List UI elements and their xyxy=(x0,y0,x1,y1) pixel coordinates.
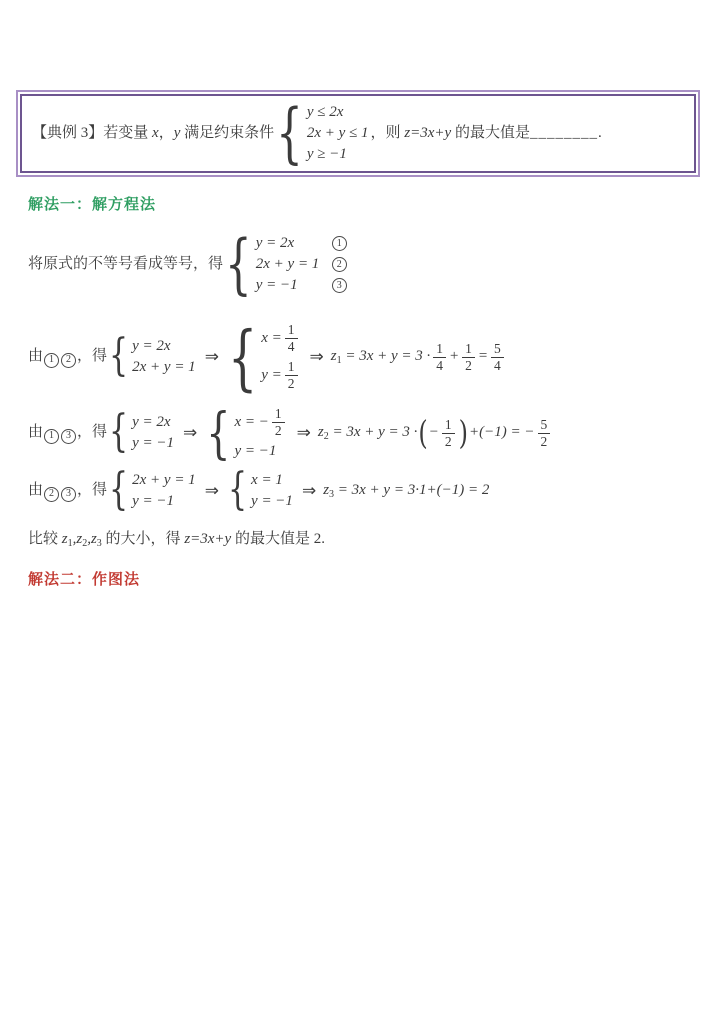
var-x: x xyxy=(152,125,159,141)
document-page: 【典例 3】若变量 x，y 满足约束条件{y ≤ 2x2x + y ≤ 1y ≥… xyxy=(0,0,720,1019)
problem-condition-text: 满足约束条件 xyxy=(180,125,274,141)
implies-arrow-icon: ⇒ xyxy=(310,347,324,367)
step13-sol-x: x = −12 xyxy=(234,407,287,438)
step12-sol-x-lhs: x = xyxy=(261,330,282,347)
fraction: 12 xyxy=(462,342,475,373)
step13-z-expression: z2 = 3x + y = 3 ·(−12)+(−1) = −52 xyxy=(318,424,553,440)
step13-lead: 由13，得 xyxy=(28,424,107,440)
step23-system: {2x + y = 1y = −1 xyxy=(109,470,196,512)
step12-sol-x: x =14 xyxy=(261,323,300,354)
step13-eq-2: y = −1 xyxy=(132,433,174,454)
step13-system: {y = 2xy = −1 xyxy=(109,412,174,454)
circled-2-icon: 2 xyxy=(44,487,59,502)
step-line-23: 由23，得{2x + y = 1y = −1⇒{x = 1y = −1⇒z3 =… xyxy=(28,470,489,512)
conclusion-t3: 的最大值是 2. xyxy=(231,531,325,547)
example-problem-box-inner: 【典例 3】若变量 x，y 满足约束条件{y ≤ 2x2x + y ≤ 1y ≥… xyxy=(20,94,696,173)
circled-1-icon: 1 xyxy=(44,353,59,368)
circled-3-icon: 3 xyxy=(61,429,76,444)
minus-sign: − xyxy=(429,424,439,440)
method1-heading: 解法一：解方程法 xyxy=(28,193,156,214)
step12-eq-1: y = 2x xyxy=(132,336,196,357)
step23-sol-x: x = 1 xyxy=(251,470,293,491)
circled-3-icon: 3 xyxy=(61,487,76,502)
conclusion-t1: 比较 xyxy=(28,531,62,547)
conclusion-line: 比较 z1,z2,z3 的大小，得 z=3x+y 的最大值是 2. xyxy=(28,527,325,549)
step23-lead: 由23，得 xyxy=(28,482,107,498)
fraction-denominator: 4 xyxy=(285,338,298,354)
step12-lead: 由12，得 xyxy=(28,348,107,364)
step13-solution-rows: x = −12y = −1 xyxy=(234,404,287,462)
conclusion-t2: 的大小，得 xyxy=(102,531,185,547)
step12-system-rows: y = 2x2x + y = 1 xyxy=(132,336,196,378)
z-list: z1,z2,z3 xyxy=(62,531,102,547)
left-brace-icon: { xyxy=(206,405,230,460)
step23-solution-system: {x = 1y = −1 xyxy=(228,470,293,512)
objective-function: z=3x+y xyxy=(404,125,451,141)
left-brace-icon: { xyxy=(109,469,128,513)
step-line-12: 由12，得{y = 2x2x + y = 1⇒{x =14y =12⇒z1 = … xyxy=(28,320,507,394)
equation-1: y = 2x xyxy=(256,233,294,254)
step12-solution-system: {x =14y =12 xyxy=(228,320,301,394)
fraction-numerator: 5 xyxy=(491,342,504,357)
plus-sign: + xyxy=(449,348,459,364)
circled-1-icon: 1 xyxy=(332,236,347,251)
equation-2: 2x + y = 1 xyxy=(256,254,320,275)
step13-lead-post: ，得 xyxy=(77,424,107,440)
step12-sol-y-lhs: y = xyxy=(261,367,282,384)
fraction: 14 xyxy=(285,323,298,354)
step-line-13: 由13，得{y = 2xy = −1⇒{x = −12y = −1⇒z2 = 3… xyxy=(28,404,553,462)
constraint-system: {y ≤ 2x2x + y ≤ 1y ≥ −1 xyxy=(276,102,368,165)
fraction: 52 xyxy=(538,418,551,449)
method2-heading: 解法二：作图法 xyxy=(28,568,140,589)
problem-period: . xyxy=(598,125,602,141)
equation-row-2: 2x + y = 12 xyxy=(256,254,348,275)
constraint-1: y ≤ 2x xyxy=(307,102,369,123)
fraction: 12 xyxy=(285,360,298,391)
problem-comma: ， xyxy=(159,125,174,141)
example-problem-box: 【典例 3】若变量 x，y 满足约束条件{y ≤ 2x2x + y ≤ 1y ≥… xyxy=(16,90,700,177)
fraction: 54 xyxy=(491,342,504,373)
fraction: 12 xyxy=(272,407,285,438)
step12-solution-rows: x =14y =12 xyxy=(261,320,300,394)
step23-lead-pre: 由 xyxy=(28,482,43,498)
step12-lead-post: ，得 xyxy=(77,348,107,364)
step12-z-expression: z1 = 3x + y = 3 ·14+12=54 xyxy=(331,348,507,364)
circled-1-icon: 1 xyxy=(44,429,59,444)
objective-function: z=3x+y xyxy=(184,531,231,547)
fraction-numerator: 1 xyxy=(285,323,298,338)
fraction-numerator: 1 xyxy=(442,418,455,433)
left-brace-icon: { xyxy=(109,411,128,455)
problem-prefix: 【典例 3】若变量 xyxy=(32,125,152,141)
answer-blank: ________ xyxy=(530,125,598,141)
left-brace-icon: { xyxy=(109,335,128,379)
step13-eq-1: y = 2x xyxy=(132,412,174,433)
step12-lead-pre: 由 xyxy=(28,348,43,364)
step12-eq-2: 2x + y = 1 xyxy=(132,357,196,378)
fraction-numerator: 5 xyxy=(538,418,551,433)
step23-z-expression: z3 = 3x + y = 3·1+(−1) = 2 xyxy=(323,482,489,498)
step23-z-expr: = 3x + y = 3·1+(−1) = 2 xyxy=(334,482,489,498)
step13-sol-x-lhs: x = − xyxy=(234,414,268,431)
implies-arrow-icon: ⇒ xyxy=(205,347,219,367)
problem-after-system: ，则 xyxy=(371,125,405,141)
implies-arrow-icon: ⇒ xyxy=(183,423,197,443)
fraction-numerator: 1 xyxy=(462,342,475,357)
fraction-denominator: 4 xyxy=(491,357,504,373)
implies-arrow-icon: ⇒ xyxy=(297,423,311,443)
implies-arrow-icon: ⇒ xyxy=(205,481,219,501)
method1-intro-line: 将原式的不等号看成等号，得{y = 2x12x + y = 12y = −13 xyxy=(28,233,350,296)
step12-system: {y = 2x2x + y = 1 xyxy=(109,336,196,378)
step23-sol-y: y = −1 xyxy=(251,491,293,512)
equation-rows: y = 2x12x + y = 12y = −13 xyxy=(256,233,348,296)
step13-solution-system: {x = −12y = −1 xyxy=(206,404,287,462)
step12-z-expr: = 3x + y = 3 · xyxy=(342,348,431,364)
step23-solution-rows: x = 1y = −1 xyxy=(251,470,293,512)
step13-tail: +(−1) = − xyxy=(469,424,534,440)
fraction-denominator: 2 xyxy=(462,357,475,373)
fraction: 14 xyxy=(433,342,446,373)
fraction: 12 xyxy=(442,418,455,449)
constraint-3: y ≥ −1 xyxy=(307,144,369,165)
left-brace-icon: { xyxy=(276,101,303,166)
step23-eq-1: 2x + y = 1 xyxy=(132,470,196,491)
circled-3-icon: 3 xyxy=(332,278,347,293)
left-brace-icon: { xyxy=(228,321,257,392)
equation-system: {y = 2x12x + y = 12y = −13 xyxy=(225,233,348,296)
step23-eq-2: y = −1 xyxy=(132,491,196,512)
left-brace-icon: { xyxy=(225,232,252,297)
right-paren-icon: ) xyxy=(459,417,468,449)
implies-arrow-icon: ⇒ xyxy=(302,481,316,501)
equation-row-3: y = −13 xyxy=(256,275,348,296)
step12-sol-y: y =12 xyxy=(261,360,300,391)
step23-lead-post: ，得 xyxy=(77,482,107,498)
fraction-denominator: 2 xyxy=(285,375,298,391)
equation-3: y = −1 xyxy=(256,275,298,296)
fraction-denominator: 4 xyxy=(433,357,446,373)
circled-2-icon: 2 xyxy=(61,353,76,368)
step23-system-rows: 2x + y = 1y = −1 xyxy=(132,470,196,512)
equation-row-1: y = 2x1 xyxy=(256,233,348,254)
fraction-denominator: 2 xyxy=(272,422,285,438)
constraint-2: 2x + y ≤ 1 xyxy=(307,123,369,144)
left-paren-icon: ( xyxy=(418,417,427,449)
step13-lead-pre: 由 xyxy=(28,424,43,440)
fraction-denominator: 2 xyxy=(538,433,551,449)
problem-statement: 【典例 3】若变量 x，y 满足约束条件{y ≤ 2x2x + y ≤ 1y ≥… xyxy=(32,102,602,165)
circled-2-icon: 2 xyxy=(332,257,347,272)
step13-z-expr: = 3x + y = 3 · xyxy=(329,424,418,440)
fraction-numerator: 1 xyxy=(433,342,446,357)
step13-system-rows: y = 2xy = −1 xyxy=(132,412,174,454)
fraction-numerator: 1 xyxy=(272,407,285,422)
fraction-numerator: 1 xyxy=(285,360,298,375)
equals-sign: = xyxy=(478,348,488,364)
problem-question-text: 的最大值是 xyxy=(451,125,530,141)
fraction-denominator: 2 xyxy=(442,433,455,449)
intro-lead-text: 将原式的不等号看成等号，得 xyxy=(28,256,223,272)
step13-sol-y: y = −1 xyxy=(234,441,287,462)
constraint-rows: y ≤ 2x2x + y ≤ 1y ≥ −1 xyxy=(307,102,369,165)
left-brace-icon: { xyxy=(228,469,247,513)
